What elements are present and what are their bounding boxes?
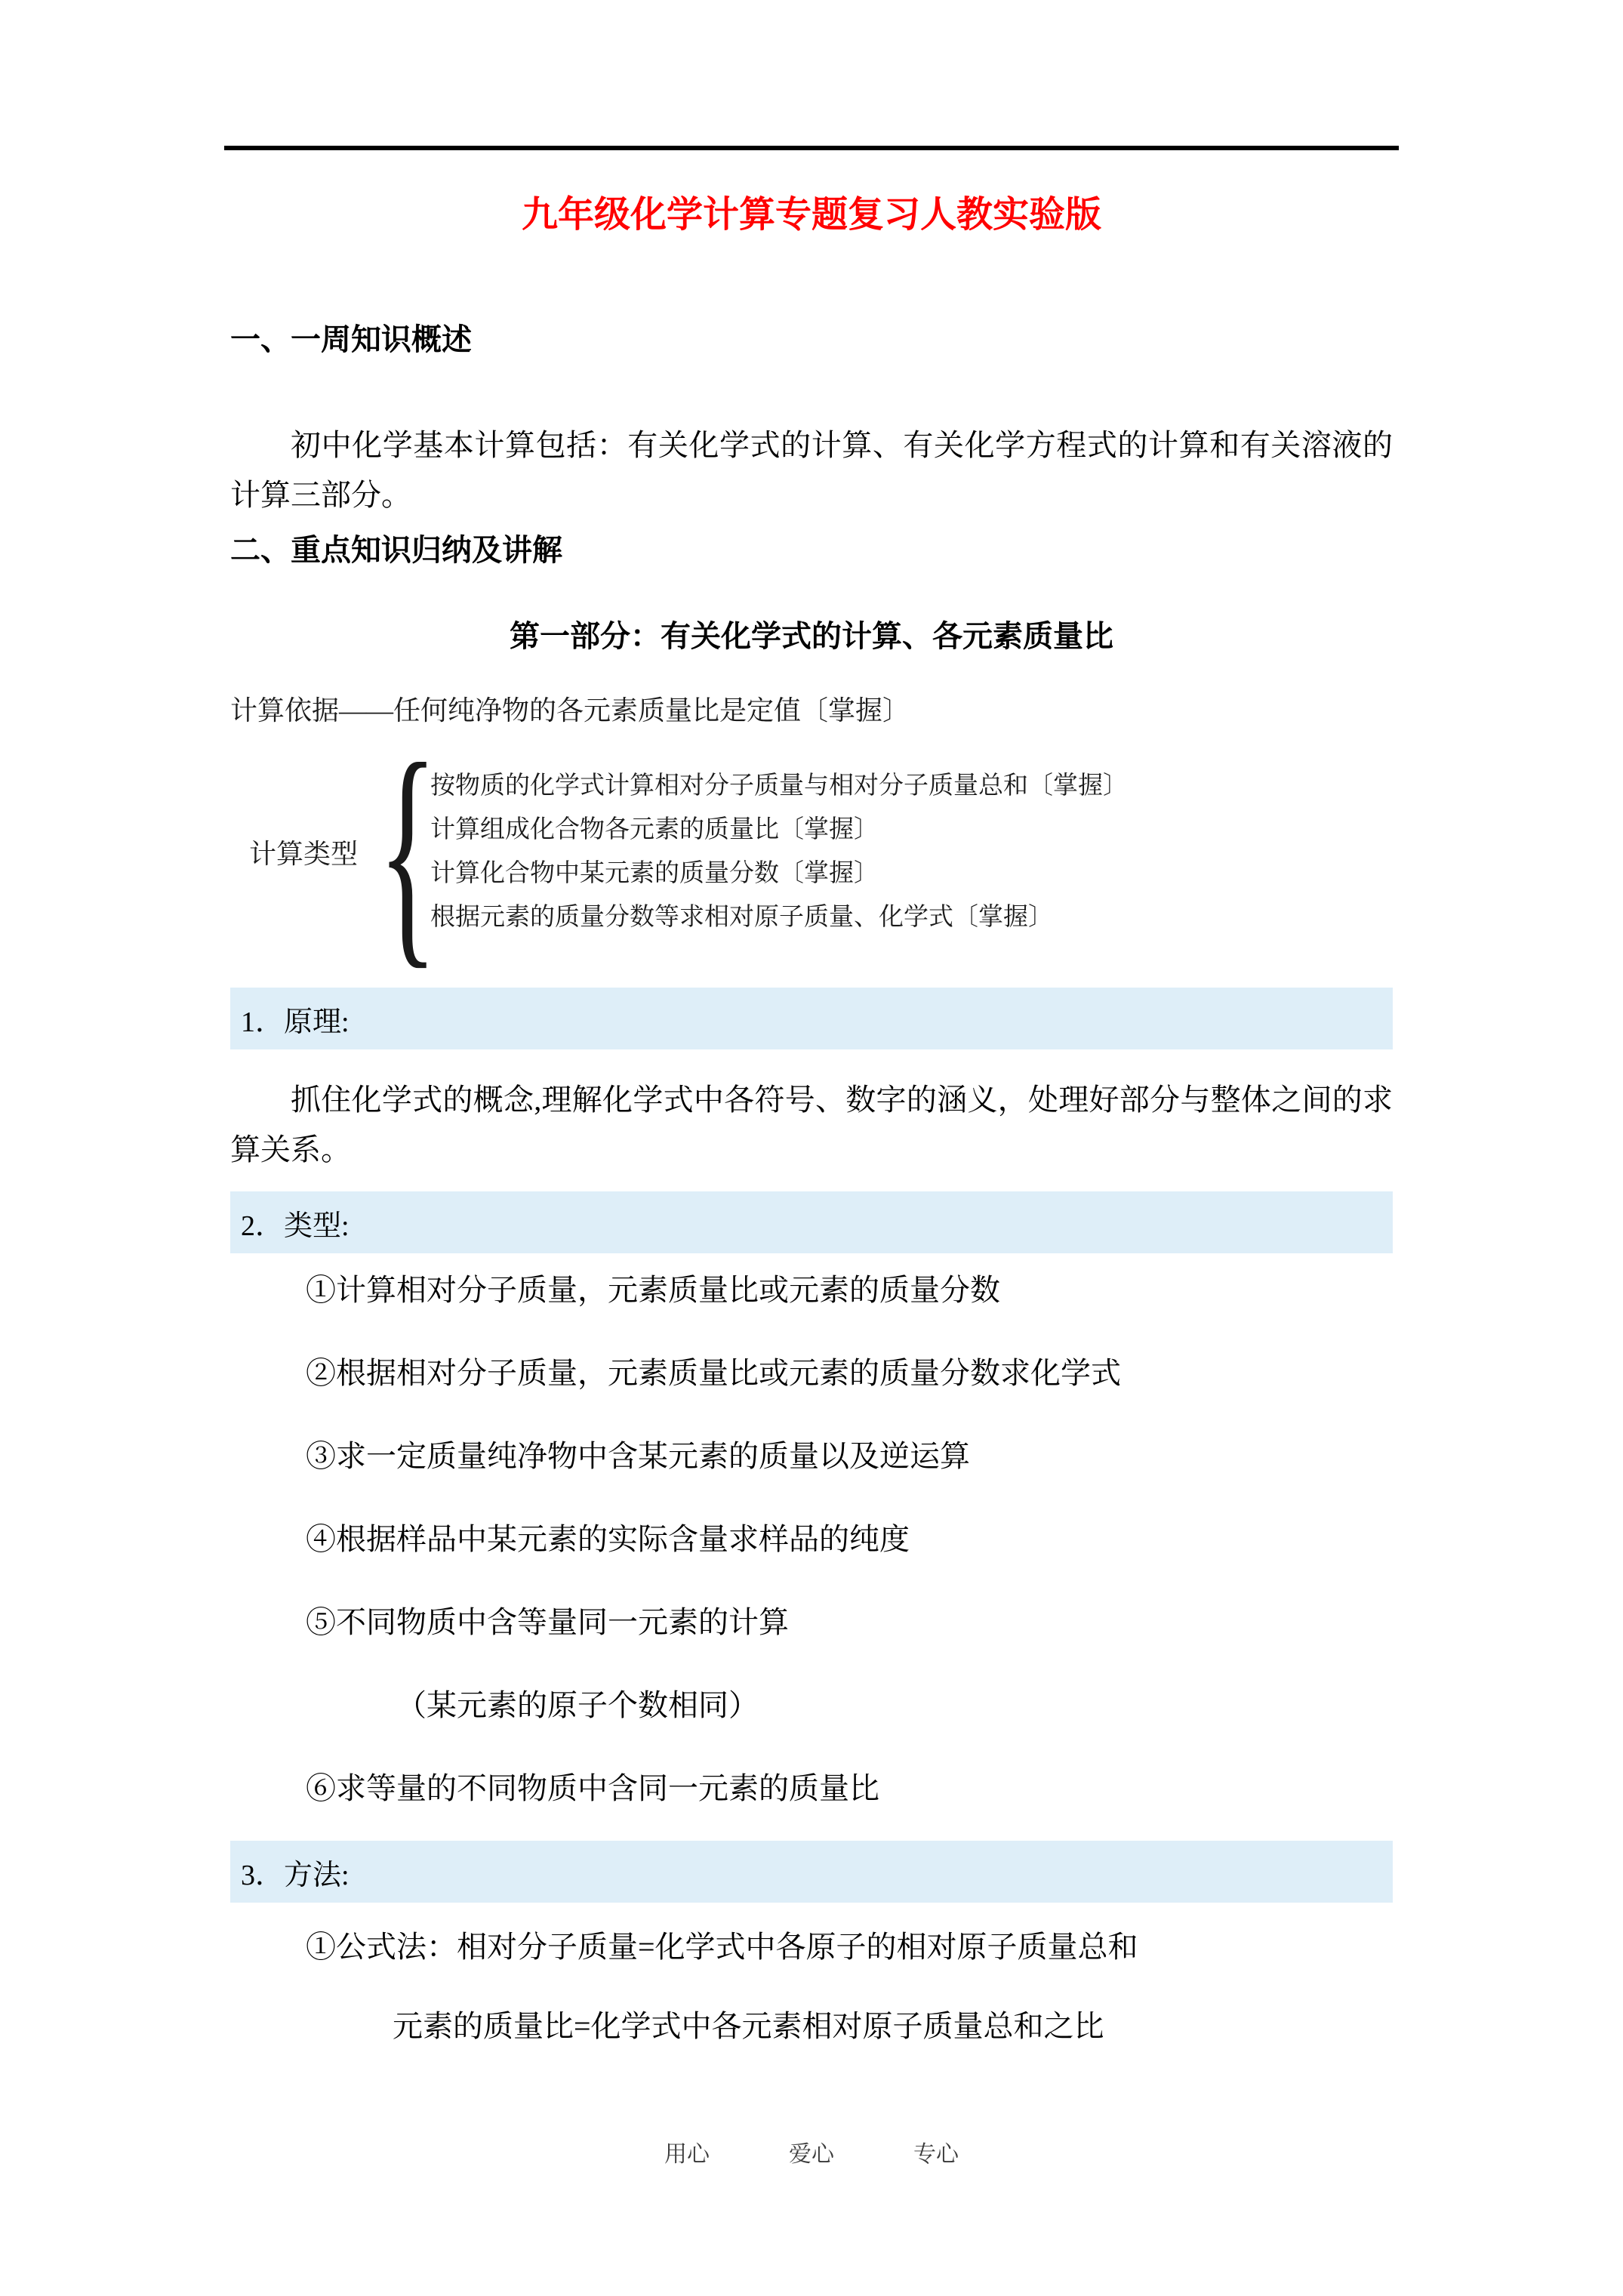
footer-item: 用心 (664, 2140, 710, 2169)
method-heading: 3．方法: (241, 1851, 350, 1893)
footer-item: 专心 (913, 2140, 959, 2169)
method-formula-1: ①公式法：相对分子质量=化学式中各原子的相对原子质量总和 (230, 1930, 1393, 1965)
calc-types-diagram: 计算类型 { 按物质的化学式计算相对分子质量与相对分子质量总和〔掌握〕 计算组成… (230, 764, 1393, 939)
types-list-item: ④根据样品中某元素的实际含量求样品的纯度 (230, 1522, 1393, 1557)
calc-type-item: 根据元素的质量分数等求相对原子质量、化学式〔掌握〕 (430, 895, 1128, 939)
principle-heading-bar: 1．原理: (230, 988, 1393, 1049)
method-formula-2: 元素的质量比=化学式中各元素相对原子质量总和之比 (230, 2009, 1393, 2044)
method-heading-bar: 3．方法: (230, 1841, 1393, 1903)
types-heading: 2．类型: (241, 1202, 350, 1244)
types-list-item-note: （某元素的原子个数相同） (230, 1688, 1393, 1723)
types-list-item: ⑤不同物质中含等量同一元素的计算 (230, 1605, 1393, 1640)
top-divider (224, 146, 1399, 150)
calc-type-item: 计算化合物中某元素的质量分数〔掌握〕 (430, 852, 1128, 895)
types-list-item: ③求一定质量纯净物中含某元素的质量以及逆运算 (230, 1439, 1393, 1474)
types-list: ①计算相对分子质量，元素质量比或元素的质量分数 ②根据相对分子质量，元素质量比或… (230, 1253, 1393, 1806)
principle-paragraph: 抓住化学式的概念,理解化学式中各符号、数字的涵义，处理好部分与整体之间的求算关系… (230, 1075, 1393, 1175)
left-brace-glyph: { (378, 764, 412, 939)
footer-item: 爱心 (789, 2140, 834, 2169)
principle-heading: 1．原理: (241, 998, 350, 1040)
calc-type-item: 按物质的化学式计算相对分子质量与相对分子质量总和〔掌握〕 (430, 764, 1128, 808)
overview-paragraph: 初中化学基本计算包括：有关化学式的计算、有关化学方程式的计算和有关溶液的计算三部… (230, 421, 1393, 520)
calc-types-label: 计算类型 (249, 833, 358, 871)
types-list-item: ①计算相对分子质量，元素质量比或元素的质量分数 (230, 1273, 1393, 1308)
section-heading-overview: 一、一周知识概述 (230, 321, 1393, 359)
part1-heading: 第一部分：有关化学式的计算、各元素质量比 (230, 618, 1393, 655)
types-heading-bar: 2．类型: (230, 1191, 1393, 1253)
section-heading-keypoints: 二、重点知识归纳及讲解 (230, 532, 1393, 569)
calc-type-item: 计算组成化合物各元素的质量比〔掌握〕 (430, 808, 1128, 852)
calc-types-items: 按物质的化学式计算相对分子质量与相对分子质量总和〔掌握〕 计算组成化合物各元素的… (430, 764, 1128, 939)
types-list-item: ②根据相对分子质量，元素质量比或元素的质量分数求化学式 (230, 1356, 1393, 1391)
page-title: 九年级化学计算专题复习人教实验版 (230, 193, 1393, 238)
types-list-item: ⑥求等量的不同物质中含同一元素的质量比 (230, 1771, 1393, 1806)
document-page: 九年级化学计算专题复习人教实验版 一、一周知识概述 初中化学基本计算包括：有关化… (230, 193, 1393, 2169)
page-footer: 用心 爱心 专心 (230, 2140, 1393, 2169)
